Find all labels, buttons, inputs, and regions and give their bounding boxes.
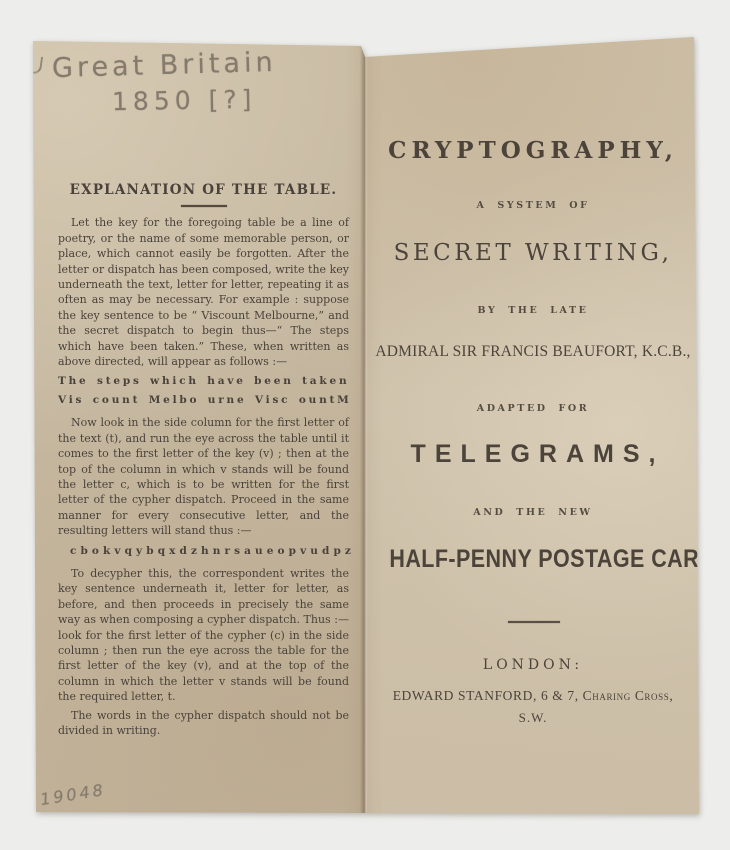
cypher-result-line: cbokvqybqxdzhnrsaueopvudpz xyxy=(58,544,349,559)
and-the-new-line: AND THE NEW xyxy=(366,507,700,518)
explanation-paragraph-1: Let the key for the foregoing table be a… xyxy=(58,215,349,369)
example-key-line: Vis count Melbo urne Visc ountM xyxy=(58,393,349,408)
explanation-column: EXPLANATION OF THE TABLE. Let the key fo… xyxy=(58,183,349,741)
series-line: A SYSTEM OF xyxy=(366,200,700,211)
postage-cards-line: HALF-PENNY POSTAGE CARDS. xyxy=(389,545,676,574)
explanation-paragraph-4: The words in the cypher dispatch should … xyxy=(58,708,349,739)
adapted-for-line: ADAPTED FOR xyxy=(366,403,700,414)
handwritten-date: 1850 [?] xyxy=(112,85,257,117)
telegrams-line: TELEGRAMS, xyxy=(366,440,700,469)
imprint-rule xyxy=(508,621,560,623)
explanation-paragraph-3: To decypher this, the correspondent writ… xyxy=(58,566,349,705)
explanation-heading: EXPLANATION OF THE TABLE. xyxy=(58,183,349,198)
byline: BY THE LATE xyxy=(366,305,700,316)
scanned-pamphlet: Great Britain 1850 [?] 19048 EXPLANATION… xyxy=(0,0,730,850)
explanation-paragraph-2: Now look in the side column for the firs… xyxy=(58,415,349,538)
heading-rule xyxy=(181,205,227,207)
pamphlet-title: CRYPTOGRAPHY, xyxy=(366,137,700,164)
paper-sheet: Great Britain 1850 [?] 19048 EXPLANATION… xyxy=(0,0,730,850)
imprint-publisher: EDWARD STANFORD, 6 & 7, Charing Cross, xyxy=(366,688,700,704)
example-plaintext-line: The steps which have been taken xyxy=(58,374,349,389)
handwritten-country: Great Britain xyxy=(52,47,277,84)
imprint-city: LONDON: xyxy=(366,657,700,673)
imprint-district: S.W. xyxy=(366,710,700,726)
author-line: ADMIRAL SIR FRANCIS BEAUFORT, K.C.B., xyxy=(366,343,700,361)
worked-example: The steps which have been taken Vis coun… xyxy=(58,374,349,408)
pamphlet-subtitle: SECRET WRITING, xyxy=(366,240,700,266)
